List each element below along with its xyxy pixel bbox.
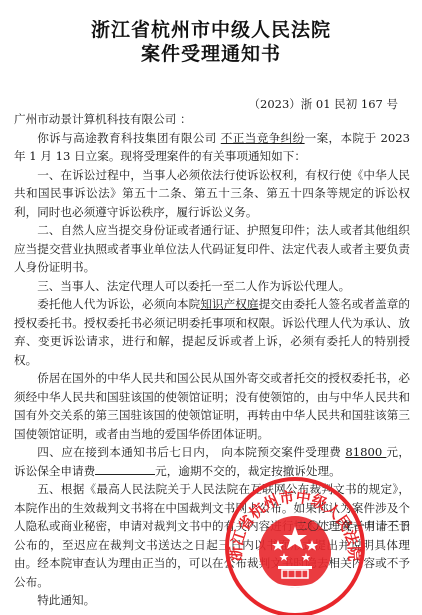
item-two: 二、自然人应当提交身份证或者通行证、护照复印件；法人或者其他组织应当提交营业执照… [14,221,410,277]
court-seal-icon: 浙江省杭州市中级人民法院 [222,474,368,615]
case-fee: 81800 [345,445,386,459]
fee-prefix: 四、应在接到本通知书后七日内， 向本院预交案件受理费 [37,445,345,459]
department: 知识产权庭 [200,297,258,311]
intro-paragraph: 你诉与高途教育科技集团有限公司 不正当竞争纠纷一案，本院于 2023 年 1 月… [14,129,410,166]
item-three: 三、当事人、法定代理人可以委托一至二人作为诉讼代理人。 [14,277,410,296]
item-one: 一、在诉讼过程中，当事人必须依法行使诉讼权利，有权行使《中华人民共和国民事诉讼法… [14,166,410,222]
intro-prefix: 你诉与高途教育科技集团有限公司 [37,131,221,145]
notice-document: 浙江省杭州市中级人民法院 案件受理通知书 （2023）浙 01 民初 167 号… [0,0,422,615]
preservation-fee-blank [95,462,155,475]
auth-prefix: 委托他人代为诉讼，必须向本院 [37,297,200,311]
recipient: 广州市动景计算机科技有限公司 ： [14,110,410,129]
item-three-authorization: 委托他人代为诉讼，必须向本院知识产权庭提交由委托人签名或者盖章的授权委托书。授权… [14,295,410,369]
document-title: 案件受理通知书 [0,43,422,65]
case-type: 不正当竞争纠纷 [221,131,305,145]
court-name: 浙江省杭州市中级人民法院 [0,19,422,41]
issue-date: 二〇二三年一月十三日 [296,518,411,534]
item-three-overseas: 侨居在国外的中华人民共和国公民从国外寄交或者托交的授权委托书，必须经中华人民共和… [14,369,410,443]
